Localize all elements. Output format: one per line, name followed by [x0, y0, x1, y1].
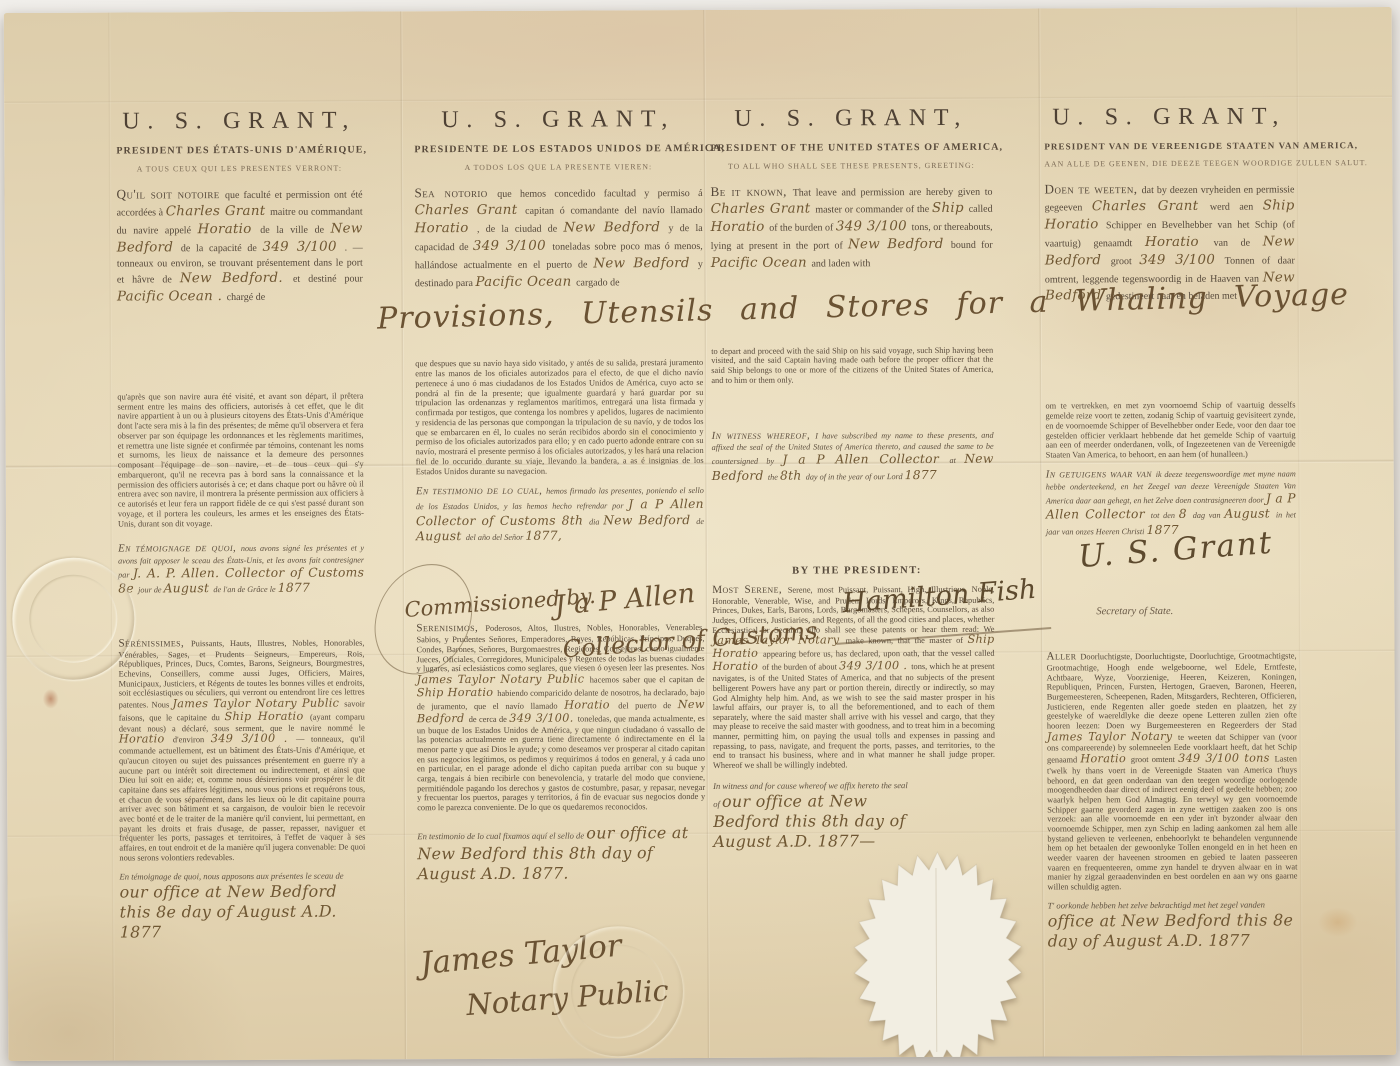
printed-text: dag van — [1193, 511, 1225, 520]
printed-text: de la capacité de — [181, 242, 263, 253]
handwritten-fill: New Bedford — [563, 220, 668, 235]
printed-text: Doen te weeten, — [1044, 181, 1141, 196]
closing-clause: T' oorkonde hebben het zelve bekrachtigd… — [1048, 899, 1298, 951]
panel-salutation: A TOUS CEUX QUI LES PRESENTES VERRONT: — [116, 163, 362, 173]
handwritten-fill: James Taylor Notary Public — [172, 696, 344, 710]
embossed-customs-seal — [12, 557, 135, 680]
handwritten-fill: 8 — [1179, 507, 1193, 521]
handwritten-fill: 349 3/100 . — [211, 732, 296, 745]
printed-text: and laden with — [811, 258, 870, 269]
witness-clause: In getuigens waar van ik deeze teegenswo… — [1046, 468, 1296, 539]
handwritten-fill: 8th — [562, 513, 589, 527]
handwritten-fill: Horatio — [198, 222, 261, 237]
handwritten-fill: Horatio — [1080, 752, 1131, 765]
proclamation-paragraph: Aller Doorluchtigste, Doorluchtigste, Do… — [1047, 650, 1298, 892]
handwritten-fill: 1877 — [905, 468, 938, 482]
rust-stain — [43, 689, 59, 709]
oath-paragraph: que despues que su navío haya sido visit… — [415, 358, 704, 476]
printed-text: groot omtent — [1131, 755, 1178, 764]
printed-text: day of in the year of our Lord — [806, 472, 905, 481]
printed-text: gedestineert naar en beladen met — [1106, 291, 1237, 303]
handwritten-fill: Horatio — [564, 698, 618, 711]
printed-text: groot — [1111, 256, 1140, 267]
handwritten-fill: Pacific Ocean — [711, 255, 812, 270]
printed-text: chargé de — [227, 292, 265, 303]
opening-paragraph: Be it known, That leave and permission a… — [710, 182, 992, 273]
handwritten-fill: James Taylor Notary Public — [417, 672, 590, 686]
printed-text: called — [969, 203, 993, 214]
proclamation-paragraph: Sérénissimes, Puissants, Hauts, Illustre… — [118, 636, 365, 862]
handwritten-fill: Horatio — [711, 219, 770, 234]
printed-text: of the burden of — [769, 222, 836, 233]
printed-text: et destiné pour — [293, 273, 363, 284]
printed-text: toneledas, que manda actualmente, es un … — [417, 714, 705, 812]
handwritten-fill: James Taylor Notary — [712, 634, 845, 648]
printed-text: Sea notorio — [414, 185, 497, 200]
embossed-seal-inner-ring — [571, 944, 665, 1038]
printed-text: del año del Señor — [466, 533, 526, 542]
printed-text: In getuigens waar van — [1046, 468, 1156, 480]
closing-clause: In witness and for cause whereof we affi… — [713, 780, 913, 852]
embossed-notary-seal — [553, 926, 684, 1057]
printed-text: de — [696, 517, 704, 526]
printed-text: T' oorkonde hebben het zelve bekrachtigd… — [1048, 899, 1265, 910]
panel-subtitle: PRESIDENT VAN DE VEREENIGDE STAATEN VAN … — [1044, 140, 1294, 151]
printed-text: En témoignage de quoi, nous apposons aux… — [119, 870, 343, 881]
handwritten-fill: our office at New Bedford this 8e day of… — [120, 881, 337, 941]
handwritten-fill: Charles Grant — [166, 204, 270, 219]
printed-text: appearing before us, has declared, upon … — [763, 649, 995, 659]
handwritten-fill: J a P Allen Collector — [782, 452, 949, 467]
oath-paragraph: to depart and proceed with the said Ship… — [711, 345, 993, 385]
panel-english: U. S. GRANT, PRESIDENT OF THE UNITED STA… — [710, 105, 995, 860]
printed-text: Doorluchtigste, Doorluchtigste, Doorluch… — [1047, 652, 1297, 731]
embossed-seal-inner-ring — [29, 575, 117, 663]
printed-text: de cerca de — [469, 714, 510, 723]
handwritten-fill: August — [416, 529, 466, 543]
page-title: U. S. GRANT, — [710, 105, 992, 133]
panel-salutation: TO ALL WHO SHALL SEE THESE PRESENTS, GRE… — [710, 161, 992, 171]
printed-text: bound for — [951, 239, 993, 250]
oath-paragraph: qu'après que son navire aura été visité,… — [117, 391, 364, 529]
handwritten-fill: 1877, — [525, 529, 562, 543]
fold-crease — [108, 13, 116, 1061]
handwritten-fill: Pacific Ocean — [475, 274, 576, 289]
witness-clause: En témoignage de quoi, nous avons signé … — [118, 542, 364, 598]
handwritten-fill: 349 3/100 . — [839, 659, 911, 672]
panel-subtitle: PRESIDENTE DE LOS ESTADOS UNIDOS DE AMÉR… — [414, 143, 702, 155]
panel-french: U. S. GRANT, PRESIDENT DES ÉTATS-UNIS D'… — [116, 107, 366, 950]
starburst-seal-shape — [852, 851, 1023, 1061]
handwritten-fill: Ship Horatio — [224, 710, 309, 723]
printed-text: En testimonio de lo cual fixamos aquí el… — [417, 831, 586, 842]
printed-text: Be it known, — [710, 184, 792, 199]
printed-text: , de la ciudad de — [477, 223, 564, 234]
handwritten-fill: office at New Bedford this 8e day of Aug… — [1048, 911, 1294, 951]
witness-clause: En testimonio de lo cual, hemos firmado … — [416, 484, 704, 545]
printed-text: master or commander of the — [815, 204, 932, 216]
handwritten-fill: Charles Grant — [1092, 198, 1210, 214]
handwritten-fill: Horatio — [713, 660, 763, 673]
handwritten-fill: Horatio — [415, 221, 477, 236]
printed-text: Aller — [1047, 650, 1081, 662]
printed-text: En testimonio de lo cual, — [416, 485, 546, 498]
stain — [1318, 907, 1358, 937]
photo-background: U. S. GRANT, PRESIDENT DES ÉTATS-UNIS D'… — [0, 0, 1400, 1066]
handwritten-fill: New Bedford. — [180, 271, 293, 286]
handwritten-fill: Horatio — [1145, 234, 1214, 249]
handwritten-fill: Pacific Ocean . — [117, 289, 227, 304]
handwritten-fill: New Bedford — [603, 513, 696, 527]
oath-paragraph: om te vertrekken, en met zyn voornoemd S… — [1045, 401, 1295, 461]
printed-text: hacemos saber que el capitan de — [590, 675, 705, 685]
printed-text: capitan ó comandante del navío llamado — [525, 205, 702, 217]
handwritten-fill: 349 3/100 — [1139, 252, 1225, 267]
handwritten-fill: New Bedford — [593, 256, 698, 271]
secretary-of-state-label: Secretary of State. — [1096, 606, 1173, 617]
printed-text: werd aen — [1210, 201, 1263, 212]
panel-salutation: A TODOS LOS QUE LA PRESENTE VIEREN: — [414, 162, 702, 172]
page-title: U. S. GRANT, — [116, 107, 362, 135]
by-the-president-label: BY THE PRESIDENT: — [792, 565, 922, 577]
handwritten-fill: 349 3/100. — [509, 711, 578, 724]
printed-text: the — [768, 472, 780, 481]
printed-text: En témoignage de quoi, — [118, 542, 241, 555]
handwritten-fill: 349 3/100 — [473, 238, 552, 253]
printed-text: d'environ — [173, 736, 211, 745]
handwritten-fill: 349 3/100 tons — [1178, 752, 1275, 765]
printed-text: cargado de — [576, 277, 619, 288]
panel-spanish: U. S. GRANT, PRESIDENTE DE LOS ESTADOS U… — [414, 106, 705, 893]
closing-clause: En testimonio de lo cual fixamos aquí el… — [417, 823, 705, 884]
printed-text: jour de — [138, 586, 164, 595]
printed-text: de la ville de — [260, 224, 330, 235]
handwritten-fill: Ship — [932, 201, 969, 216]
printed-text: van de — [1214, 237, 1263, 248]
handwritten-fill: August — [164, 582, 214, 596]
handwritten-fill: our office at New Bedford this 8th day o… — [713, 791, 906, 850]
printed-text: at — [950, 456, 965, 465]
panel-salutation: AAN ALLE DE GEENEN, DIE DEEZE TEEGEN WOO… — [1044, 158, 1294, 168]
printed-text: — tonneaux, qu'il commande actuellement,… — [119, 735, 365, 862]
printed-text: de l'an de Grâce le — [213, 585, 277, 594]
panel-subtitle: PRESIDENT DES ÉTATS-UNIS D'AMÉRIQUE, — [116, 144, 362, 156]
handwritten-fill: August — [1224, 507, 1276, 521]
fold-crease — [4, 95, 1392, 104]
proclamation-paragraph: Most Serene, Serene, most Puissant, Puis… — [712, 583, 995, 771]
handwritten-fill: New Bedford — [848, 236, 951, 251]
handwritten-fill: 349 3/100 — [262, 239, 344, 254]
printed-text: Lasten t'welk hy thans voert in de Veree… — [1047, 754, 1298, 891]
printed-text: del puerto de — [618, 701, 677, 710]
fold-crease — [400, 11, 408, 1059]
printed-text: Most Serene, — [712, 584, 788, 596]
printed-text: In witness whereof, — [712, 429, 816, 441]
printed-text: Qu'il soit notoire — [116, 186, 225, 201]
page-title: U. S. GRANT, — [1044, 103, 1294, 131]
handwritten-fill: 8th — [780, 468, 806, 482]
handwritten-fill: James Taylor Notary — [1047, 729, 1178, 743]
handwritten-fill: 1877 — [278, 581, 311, 595]
printed-text: dia — [589, 517, 603, 526]
printed-text: tons, which he at present navigates, is … — [713, 662, 995, 770]
handwritten-fill: 1877 — [1146, 523, 1179, 537]
page-title: U. S. GRANT, — [414, 106, 702, 134]
printed-text: of the burden of about — [762, 663, 839, 672]
printed-text: That leave and permission are hereby giv… — [793, 187, 993, 199]
printed-text: que hemos concedido facultad y permiso á — [497, 188, 702, 200]
printed-text: tot den — [1151, 511, 1179, 520]
witness-clause: In witness whereof, I have subscribed my… — [712, 428, 994, 484]
wafer-seal — [852, 851, 1023, 1061]
handwritten-fill: Charles Grant — [711, 201, 816, 216]
handwritten-fill: Charles Grant — [415, 202, 526, 217]
opening-paragraph: Sea notorio que hemos concedido facultad… — [414, 183, 702, 292]
closing-clause: En témoignage de quoi, nous apposons aux… — [119, 870, 365, 942]
sea-letter-document: U. S. GRANT, PRESIDENT DES ÉTATS-UNIS D'… — [4, 7, 1397, 1061]
handwritten-fill: Ship Horatio — [417, 686, 498, 699]
opening-paragraph: Doen te weeten, dat by deezen vryheiden … — [1044, 179, 1295, 305]
panel-subtitle: PRESIDENT OF THE UNITED STATES OF AMERIC… — [710, 142, 992, 154]
panel-dutch: U. S. GRANT, PRESIDENT VAN DE VEREENIGDE… — [1044, 103, 1298, 960]
opening-paragraph: Qu'il soit notoire que faculté et permis… — [116, 184, 363, 306]
handwritten-fill: 349 3/100 — [836, 219, 912, 234]
handwritten-fill: Horatio — [119, 733, 173, 746]
handwritten-fill: J. A. P. Allen. Collector of Customs — [133, 566, 364, 581]
proclamation-paragraph: Serenisimos, Poderosos, Altos, Ilustres,… — [416, 621, 705, 812]
